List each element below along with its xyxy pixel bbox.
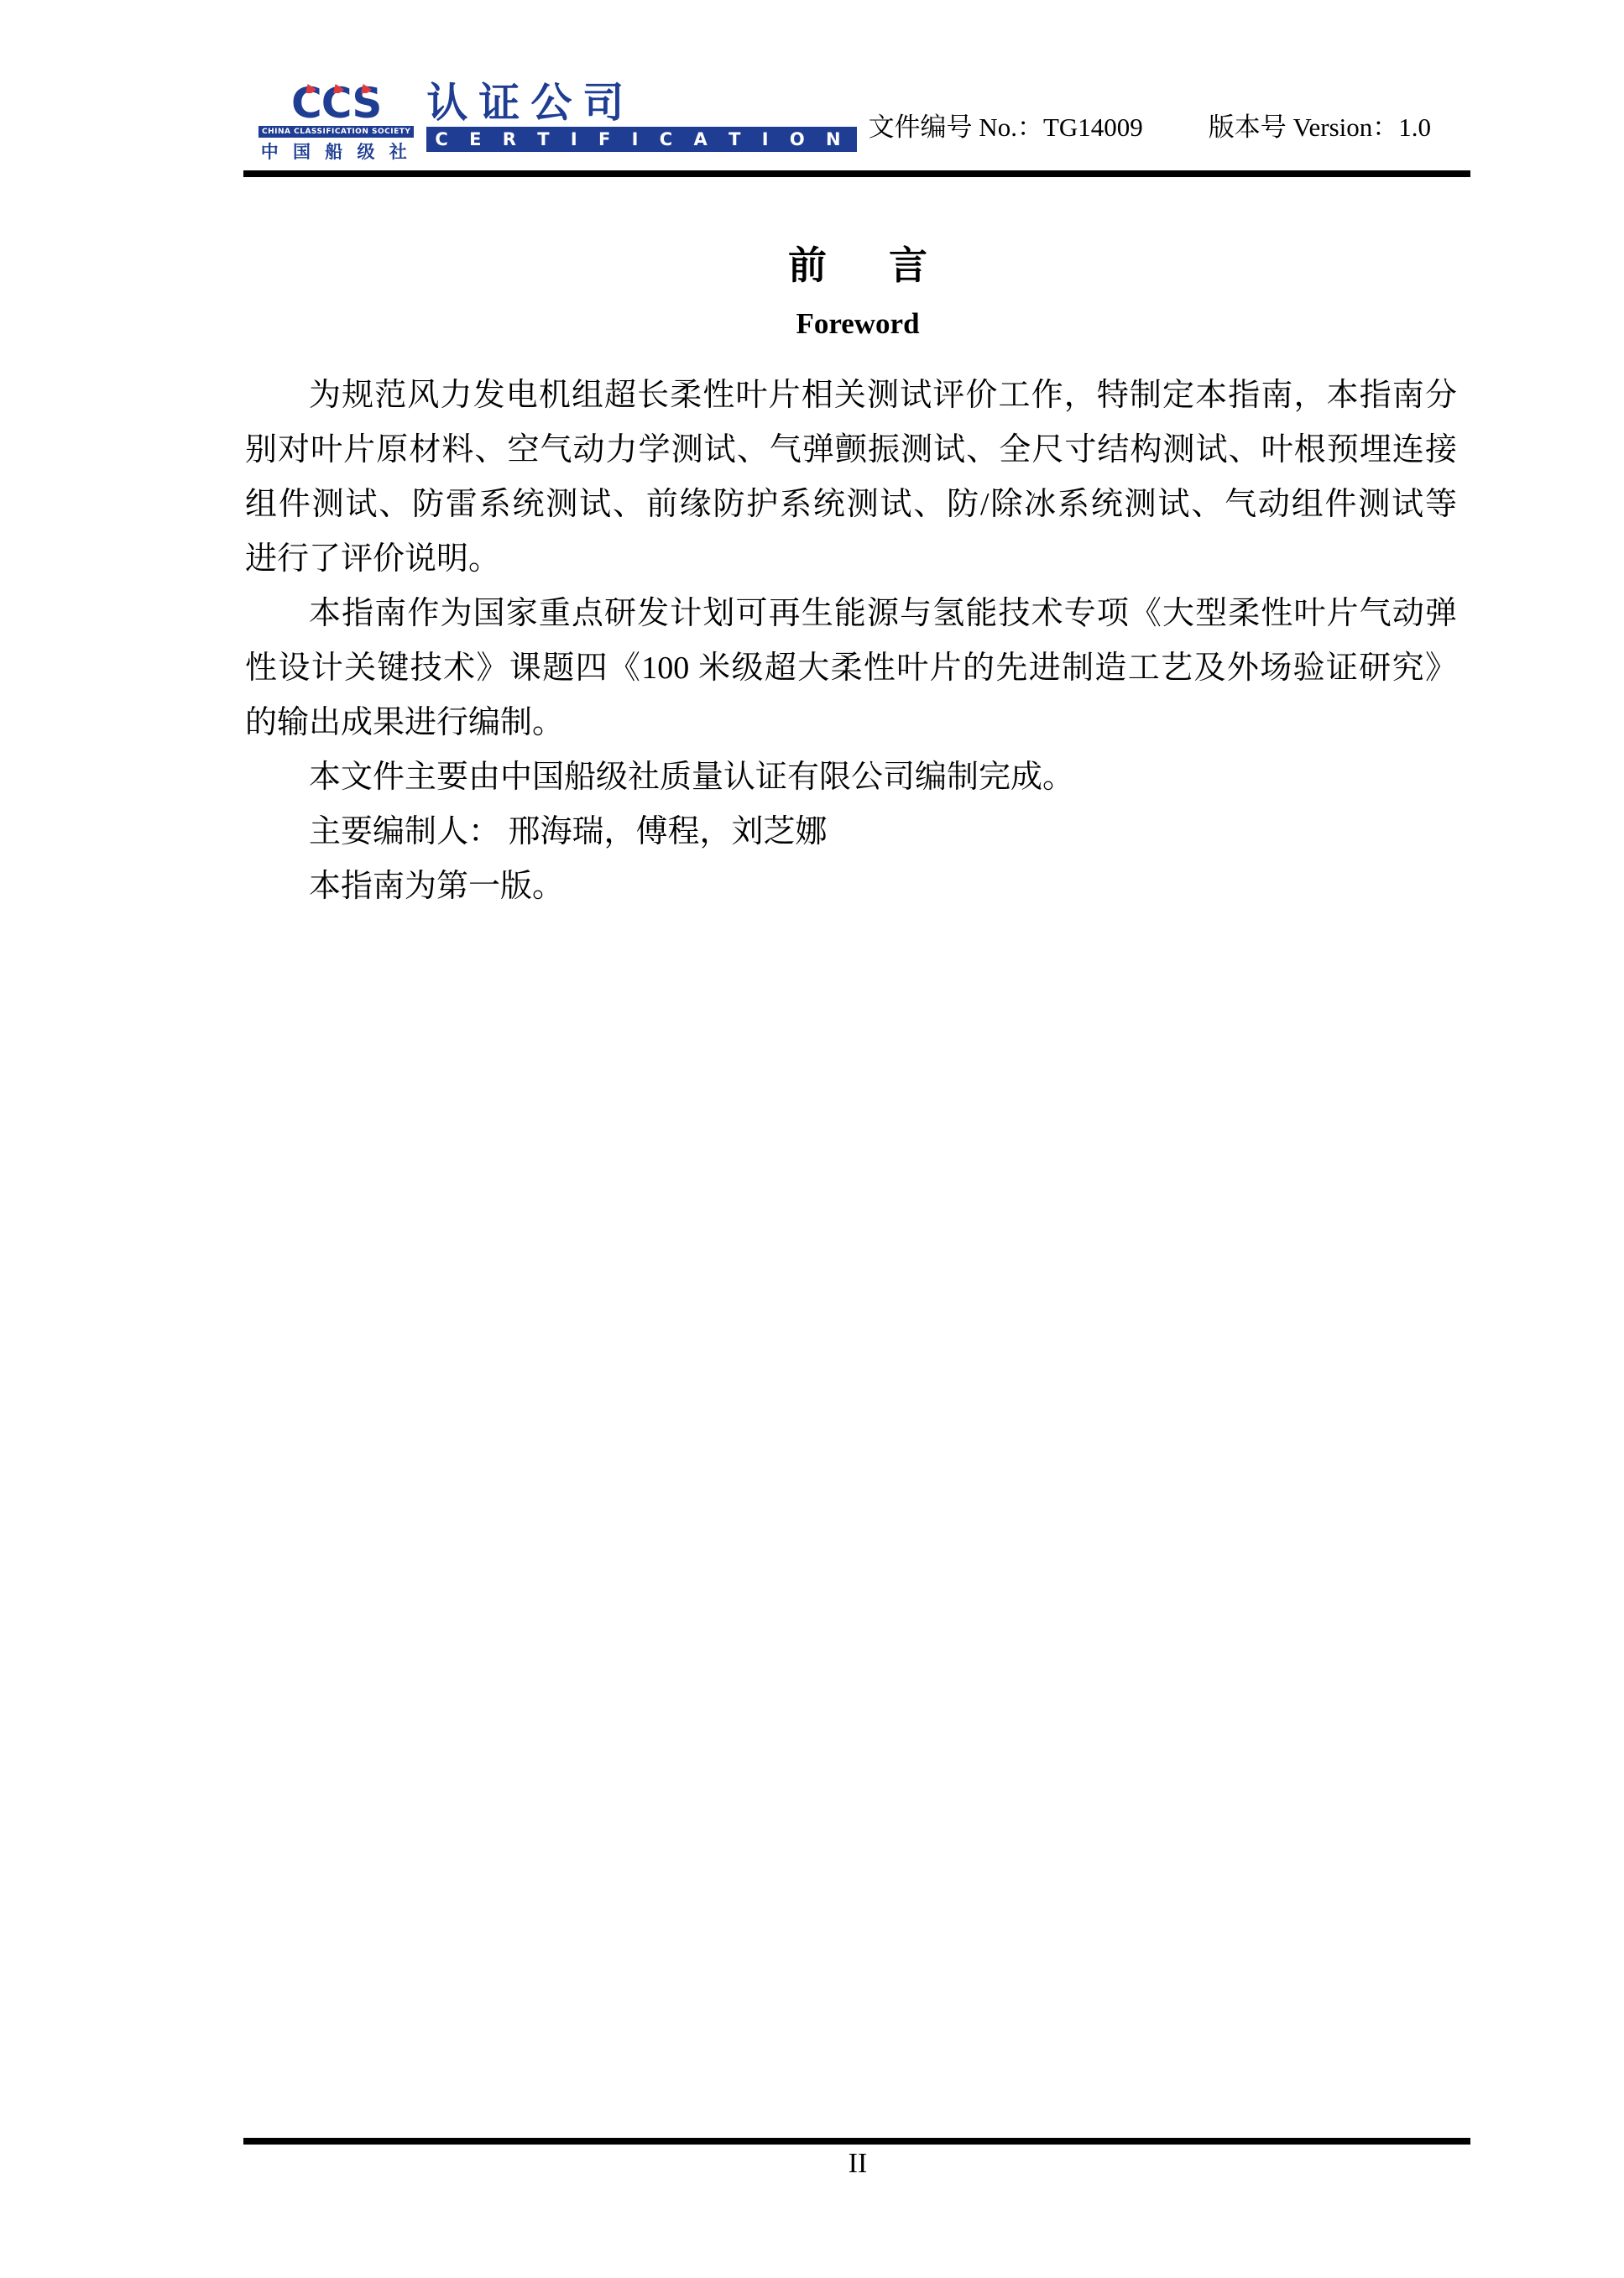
page-title-cn: 前 言 xyxy=(245,235,1470,290)
paragraph-line: 主要编制人： 邢海瑞，傅程，刘芝娜 xyxy=(245,805,1457,859)
document-page: CCS CHINA CLASSIFICATION SOCIETY 中 国 船 级… xyxy=(0,0,1624,2278)
foreword-body: 为规范风力发电机组超长柔性叶片相关测试评价工作，特制定本指南，本指南分别对叶片原… xyxy=(245,368,1457,914)
paragraph-line: 为规范风力发电机组超长柔性叶片相关测试评价工作，特制定本指南，本指南分 xyxy=(245,368,1457,423)
footer-rule xyxy=(243,2138,1470,2145)
paragraph-line: 进行了评价说明。 xyxy=(245,532,1457,587)
version-number: 版本号 Version：1.0 xyxy=(1209,106,1431,144)
paragraph: 本指南作为国家重点研发计划可再生能源与氢能技术专项《大型柔性叶片气动弹性设计关键… xyxy=(245,587,1457,750)
title-char-yan: 言 xyxy=(889,235,927,290)
paragraph-line: 组件测试、防雷系统测试、前缘防护系统测试、防/除冰系统测试、气动组件测试等 xyxy=(245,478,1457,532)
paragraph-line: 本指南为第一版。 xyxy=(245,859,1457,914)
title-char-qian: 前 xyxy=(788,235,827,290)
paragraph: 为规范风力发电机组超长柔性叶片相关测试评价工作，特制定本指南，本指南分别对叶片原… xyxy=(245,368,1457,587)
paragraph: 主要编制人： 邢海瑞，傅程，刘芝娜 xyxy=(245,805,1457,859)
paragraph: 本文件主要由中国船级社质量认证有限公司编制完成。 xyxy=(245,750,1457,805)
paragraph-line: 本指南作为国家重点研发计划可再生能源与氢能技术专项《大型柔性叶片气动弹 xyxy=(245,587,1457,641)
paragraph: 本指南为第一版。 xyxy=(245,859,1457,914)
society-name-en: CHINA CLASSIFICATION SOCIETY xyxy=(258,126,414,138)
document-number: 文件编号 No.：TG14009 xyxy=(869,106,1143,144)
page-title-en: Foreword xyxy=(245,307,1470,341)
paragraph-line: 别对叶片原材料、空气动力学测试、气弹颤振测试、全尺寸结构测试、叶根预埋连接 xyxy=(245,423,1457,478)
paragraph-line: 的输出成果进行编制。 xyxy=(245,696,1457,750)
paragraph-line: 本文件主要由中国船级社质量认证有限公司编制完成。 xyxy=(245,750,1457,805)
header-rule xyxy=(243,170,1470,177)
header-meta: 文件编号 No.：TG14009 版本号 Version：1.0 xyxy=(587,106,1431,144)
society-name-cn: 中 国 船 级 社 xyxy=(261,138,412,164)
paragraph-line: 性设计关键技术》课题四《100 米级超大柔性叶片的先进制造工艺及外场验证研究》 xyxy=(245,641,1457,696)
page-number: II xyxy=(245,2148,1470,2180)
ccs-logo-left: CCS CHINA CLASSIFICATION SOCIETY 中 国 船 级… xyxy=(258,84,414,164)
ccs-wordmark: CCS xyxy=(291,84,381,123)
